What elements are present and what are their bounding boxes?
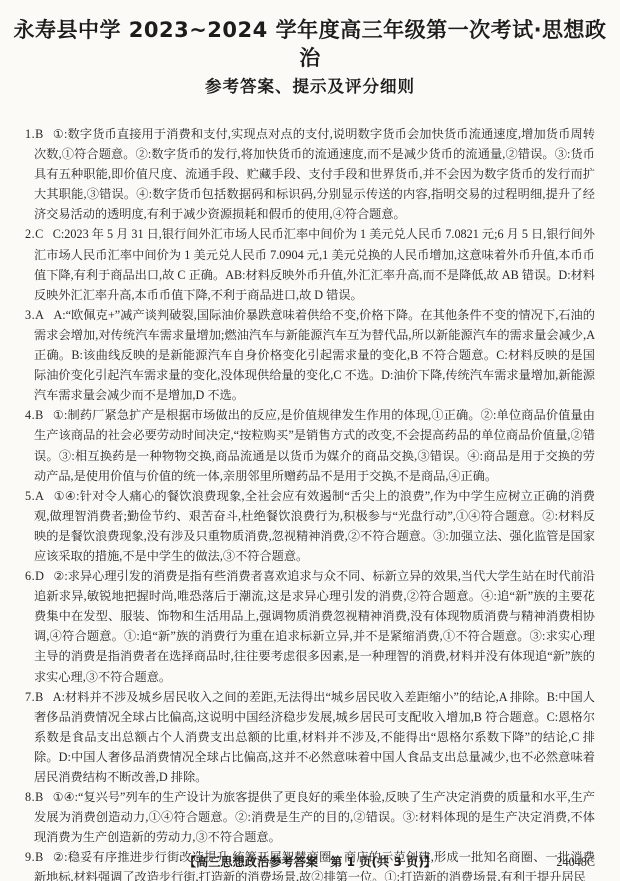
doc-subtitle: 参考答案、提示及评分细则 [10,76,610,98]
answer-explanation: ①:数字货币直接用于消费和支付,实现点对点的支付,说明数字货币会加快货币流通速度… [34,127,595,221]
paper-code: 24048C [556,854,595,871]
answer-explanation: ①④:“复兴号”列车的生产设计为旅客提供了更良好的乘坐体验,反映了生产决定消费的… [34,790,595,844]
answer-sheet-page: 永寿县中学 2023~2024 学年度高三年级第一次考试·思想政治 参考答案、提… [0,0,620,881]
answer-number-label: 2.C [25,227,44,241]
answer-explanation: C:2023 年 5 月 31 日,银行间外汇市场人民币汇率中间价为 1 美元兑… [34,227,595,301]
answer-explanation: ②:求异心理引发的消费是指有些消费者喜欢追求与众不同、标新立异的效果,当代大学生… [34,569,595,683]
answer-explanation: A:“欧佩克+”减产谈判破裂,国际油价暴跌意味着供给不变,价格下降。在其他条件不… [34,308,595,402]
answer-item-1: 1.B①:数字货币直接用于消费和支付,实现点对点的支付,说明数字货币会加快货币流… [25,124,595,224]
answer-number-label: 5.A [25,489,44,503]
answer-item-8: 8.B①④:“复兴号”列车的生产设计为旅客提供了更良好的乘坐体验,反映了生产决定… [25,787,595,847]
answer-item-3: 3.AA:“欧佩克+”减产谈判破裂,国际油价暴跌意味着供给不变,价格下降。在其他… [25,305,595,405]
answer-number-label: 1.B [25,127,44,141]
answer-explanation: ①:制药厂紧急扩产是根据市场做出的反应,是价值规律发生作用的体现,①正确。②:单… [34,408,595,482]
footer-page-label: 【高三思想政治参考答案 第 1 页(共 3 页)】 [25,854,595,871]
answer-item-2: 2.CC:2023 年 5 月 31 日,银行间外汇市场人民币汇率中间价为 1 … [25,224,595,304]
answer-explanation: ①④:针对令人痛心的餐饮浪费现象,全社会应有效遏制“舌尖上的浪费”,作为中学生应… [34,489,595,563]
answer-number-label: 8.B [25,790,44,804]
answer-item-6: 6.D②:求异心理引发的消费是指有些消费者喜欢追求与众不同、标新立异的效果,当代… [25,566,595,687]
answer-item-5: 5.A①④:针对令人痛心的餐饮浪费现象,全社会应有效遏制“舌尖上的浪费”,作为中… [25,486,595,566]
answer-explanation: A:材料并不涉及城乡居民收入之间的差距,无法得出“城乡居民收入差距缩小”的结论,… [34,690,595,784]
answer-item-7: 7.BA:材料并不涉及城乡居民收入之间的差距,无法得出“城乡居民收入差距缩小”的… [25,687,595,787]
answer-number-label: 7.B [25,690,44,704]
answer-number-label: 3.A [25,308,44,322]
doc-title: 永寿县中学 2023~2024 学年度高三年级第一次考试·思想政治 [10,16,610,72]
answer-list: 1.B①:数字货币直接用于消费和支付,实现点对点的支付,说明数字货币会加快货币流… [25,124,595,881]
answer-item-4: 4.B①:制药厂紧急扩产是根据市场做出的反应,是价值规律发生作用的体现,①正确。… [25,405,595,485]
answer-number-label: 6.D [25,569,44,583]
page-footer: 【高三思想政治参考答案 第 1 页(共 3 页)】 24048C [25,854,595,871]
answer-number-label: 4.B [25,408,44,422]
